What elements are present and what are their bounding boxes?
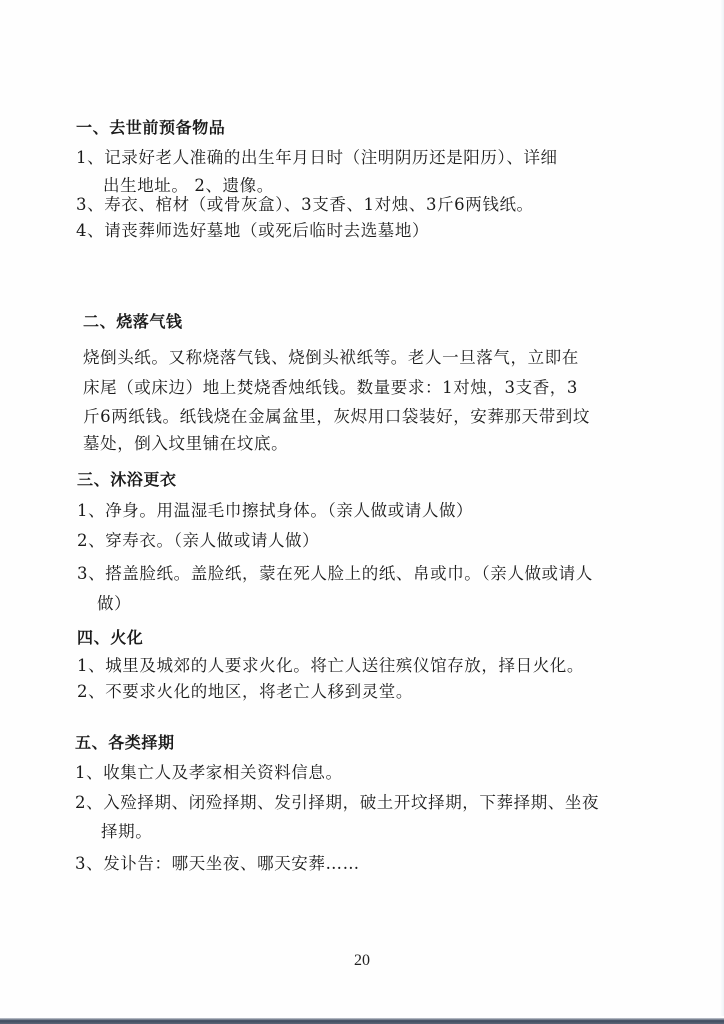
section-1-line-4: 4、请丧葬师选好墓地（或死后临时去选墓地） <box>76 221 429 241</box>
section-heading-2: 二、烧落气钱 <box>83 312 183 332</box>
section-3-line-3: 3、搭盖脸纸。盖脸纸，蒙在死人脸上的纸、帛或巾。（亲人做或请人 <box>77 564 593 584</box>
section-2-line-4: 墓处，倒入坟里铺在坟底。 <box>83 434 288 454</box>
page-number: 20 <box>0 952 724 970</box>
section-5-line-2: 2、入殓择期、闭殓择期、发引择期，破土开坟择期，下葬择期、坐夜 <box>75 793 599 813</box>
section-5-line-4: 3、发讣告：哪天坐夜、哪天安葬…… <box>75 854 360 874</box>
section-3-line-4: 做） <box>97 594 131 614</box>
section-4-line-2: 2、不要求火化的地区，将老亡人移到灵堂。 <box>77 682 413 702</box>
section-heading-1: 一、去世前预备物品 <box>76 118 225 138</box>
section-heading-3: 三、沐浴更衣 <box>77 470 177 490</box>
section-5-line-3: 择期。 <box>101 822 152 842</box>
section-2-line-3: 斤6两纸钱。纸钱烧在金属盆里，灰烬用口袋装好，安葬那天带到坟 <box>83 407 590 427</box>
section-2-line-2: 床尾（或床边）地上焚烧香烛纸钱。数量要求：1对烛，3支香，3 <box>83 378 578 398</box>
section-1-line-1: 1、记录好老人准确的出生年月日时（注明阴历还是阳历）、详细 <box>76 148 558 168</box>
section-1-line-3: 3、寿衣、棺材（或骨灰盒）、3支香、1对烛、3斤6两钱纸。 <box>76 195 534 215</box>
section-4-line-1: 1、城里及城郊的人要求火化。将亡人送往殡仪馆存放，择日火化。 <box>77 656 584 676</box>
section-2-line-1: 烧倒头纸。又称烧落气钱、烧倒头袱纸等。老人一旦落气，立即在 <box>83 348 579 368</box>
scan-right-edge <box>720 0 724 1016</box>
document-page: 一、去世前预备物品 1、记录好老人准确的出生年月日时（注明阴历还是阳历）、详细 … <box>0 0 724 1024</box>
section-3-line-2: 2、穿寿衣。（亲人做或请人做） <box>77 531 319 551</box>
section-1-line-2: 出生地址。 2、遗像。 <box>103 176 274 196</box>
section-5-line-1: 1、收集亡人及孝家相关资料信息。 <box>75 763 343 783</box>
section-heading-4: 四、火化 <box>77 628 143 648</box>
section-3-line-1: 1、净身。用温湿毛巾擦拭身体。（亲人做或请人做） <box>77 501 473 521</box>
scan-bottom-edge <box>0 1018 724 1024</box>
section-heading-5: 五、各类择期 <box>75 733 175 753</box>
